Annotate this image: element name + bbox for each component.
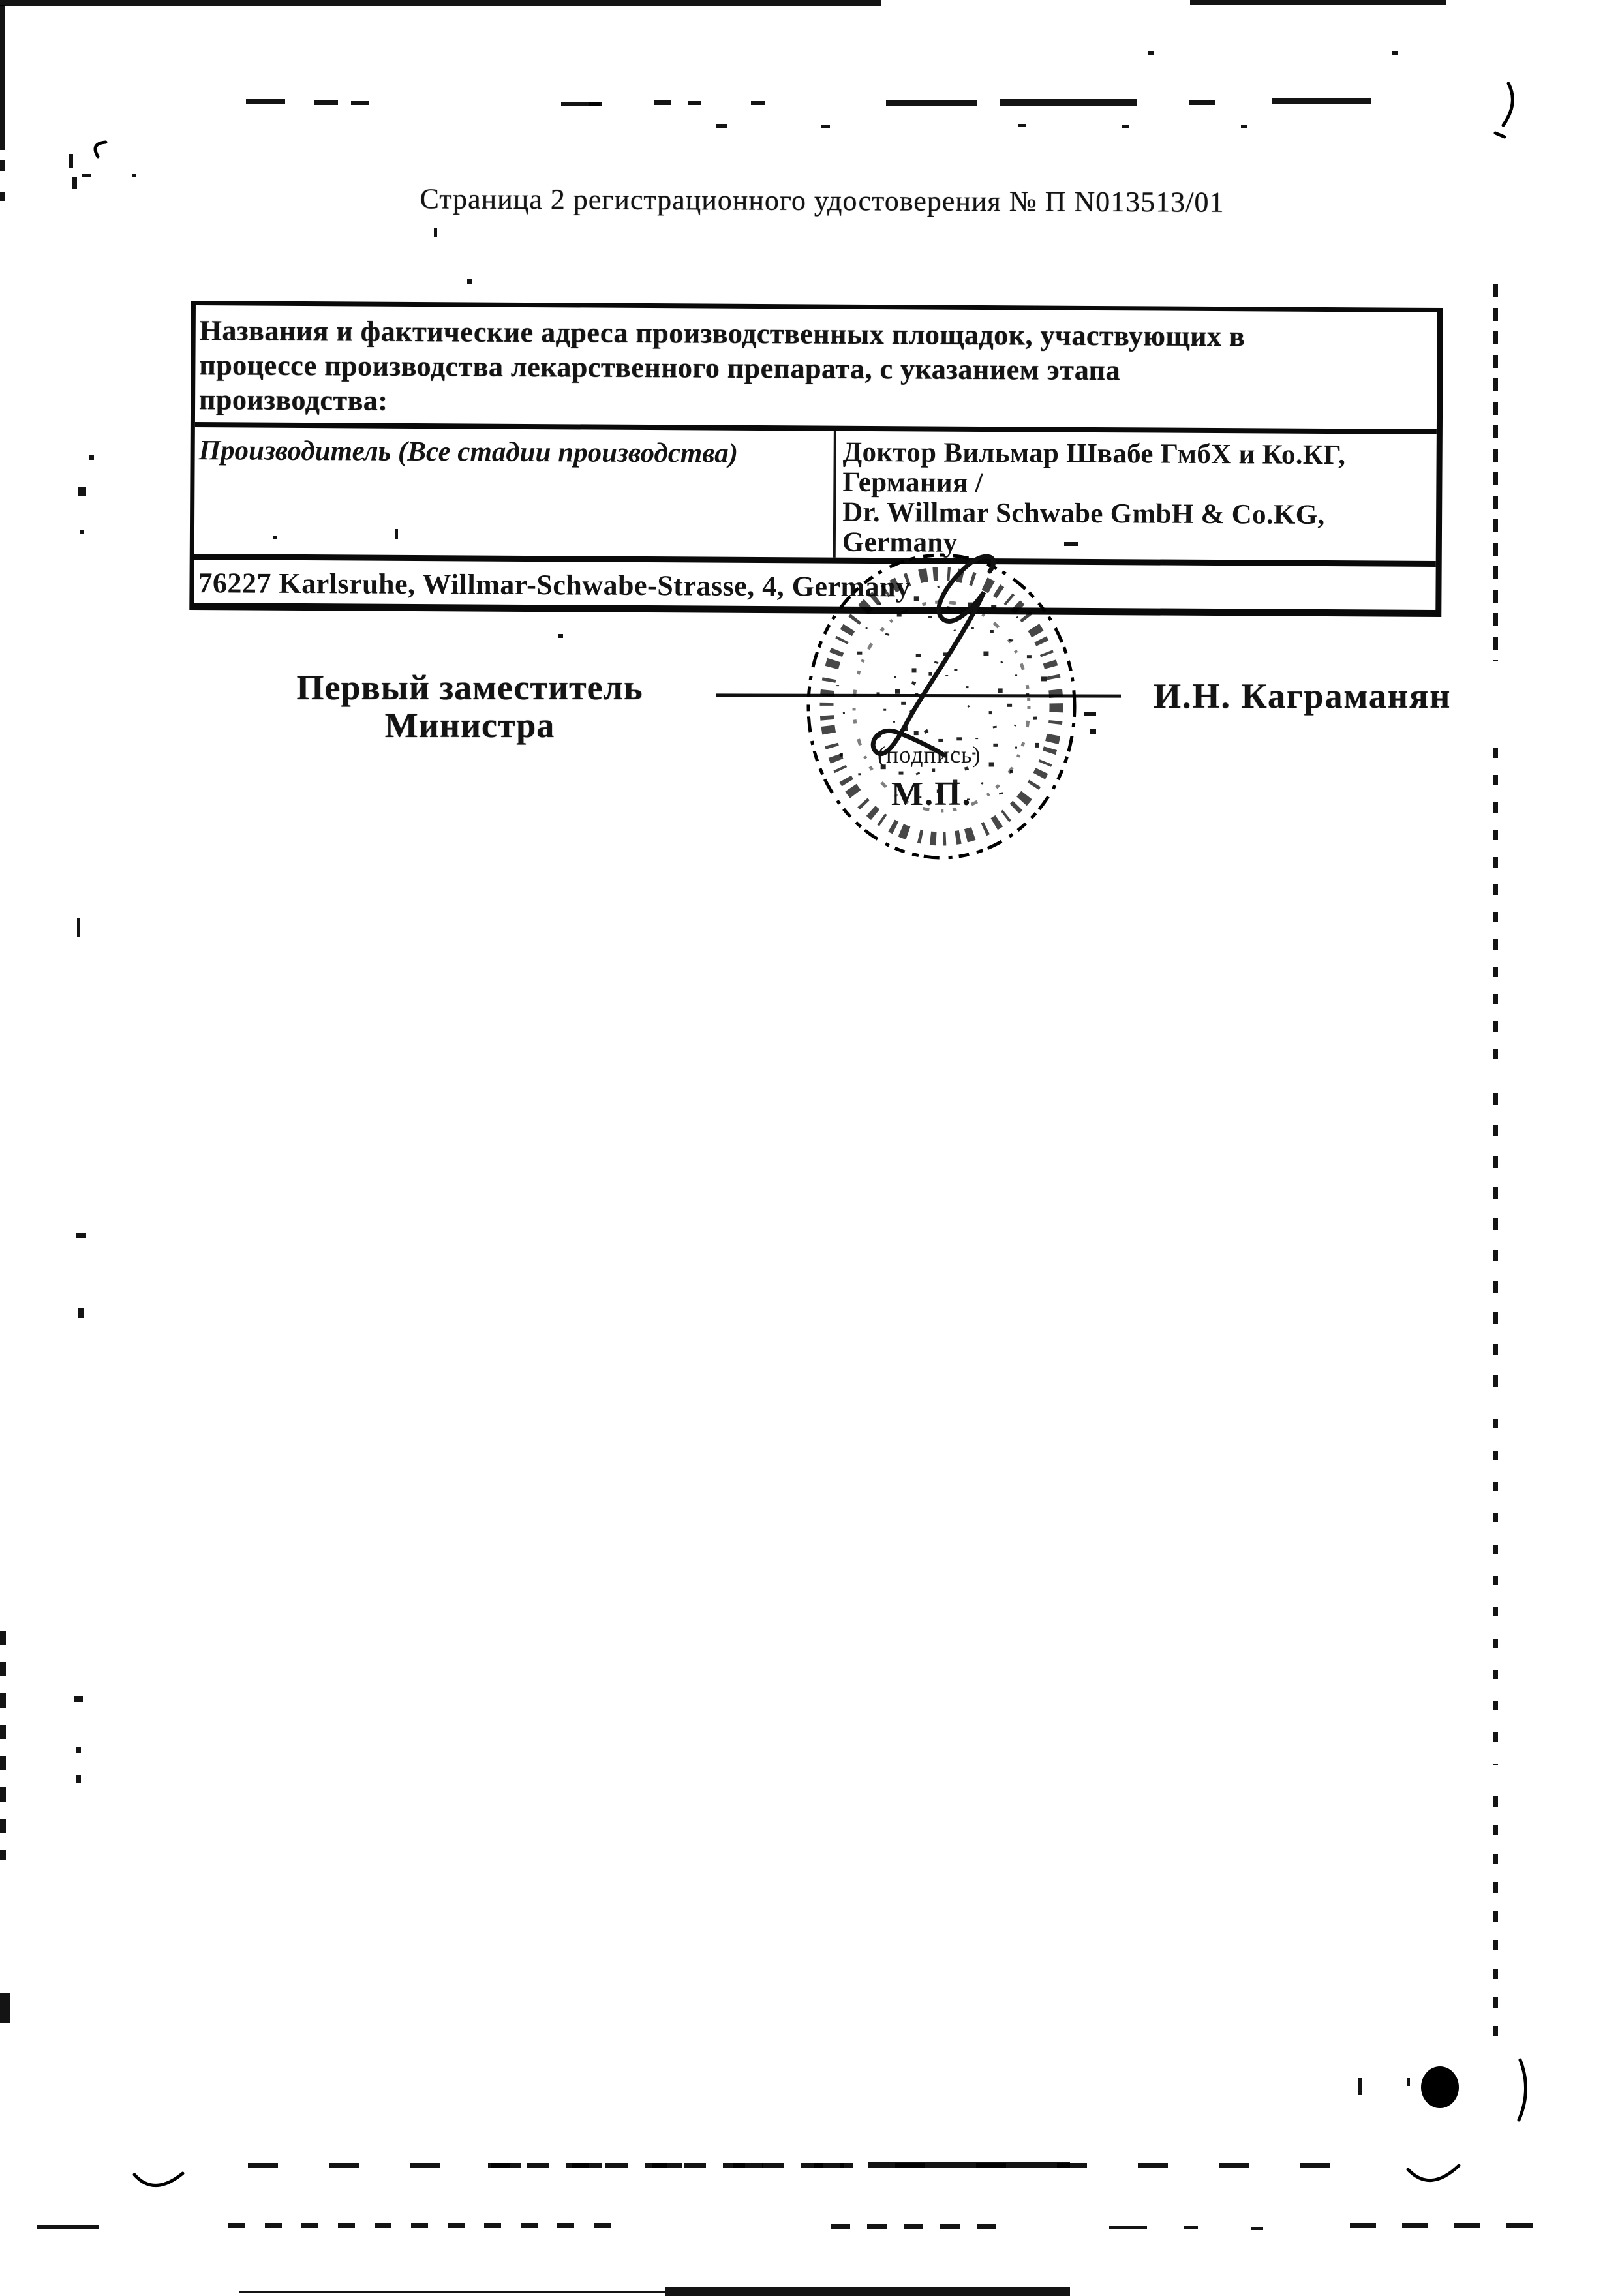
producer-label-cell: Производитель (Все стадии производства) <box>194 427 836 558</box>
table-header-row: Названия и фактические адреса производст… <box>195 305 1437 434</box>
signature-stroke <box>873 556 993 755</box>
producer-value-ru: Доктор Вильмар Швабе ГмбХ и Ко.КГ, Герма… <box>842 438 1433 501</box>
producer-value-cell: Доктор Вильмар Швабе ГмбХ и Ко.КГ, Герма… <box>836 431 1437 561</box>
signer-title-line1: Первый заместитель <box>287 669 652 706</box>
signer-title: Первый заместитель Министра <box>287 669 652 744</box>
table-producer-row: Производитель (Все стадии производства) … <box>194 427 1437 567</box>
table-header-text: Названия и фактические адреса производст… <box>199 313 1296 423</box>
stamp-seal-graphic <box>804 552 1084 864</box>
punch-hole-dot <box>1421 2066 1459 2108</box>
signer-title-line2: Министра <box>287 706 652 744</box>
signer-name: И.Н. Каграманян <box>1154 676 1451 716</box>
page-title: Страница 2 регистрационного удостоверени… <box>391 182 1253 219</box>
scanned-certificate-page: Страница 2 регистрационного удостоверени… <box>0 0 1605 2296</box>
stamp-seal <box>804 552 1084 864</box>
seal-caption: М.П. <box>891 775 972 813</box>
signature-caption: (подпись) <box>878 741 981 768</box>
